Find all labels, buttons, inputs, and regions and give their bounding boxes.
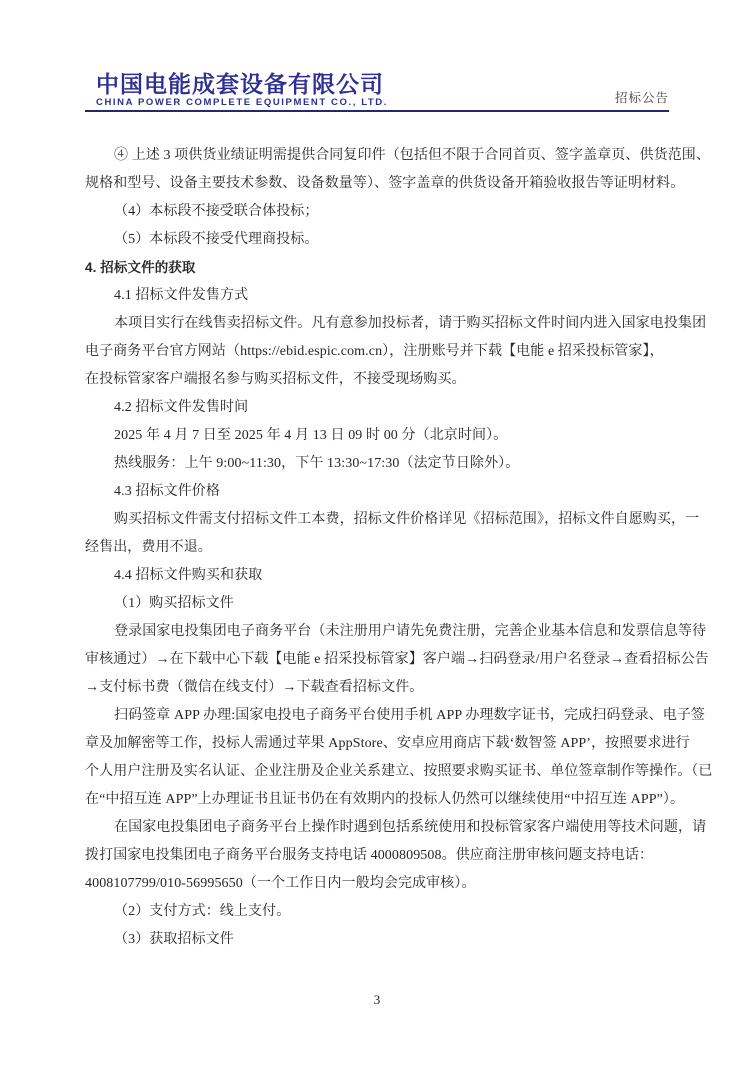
- document-line: 4008107799/010-56995650（一个工作日内一般均会完成审核）。: [85, 870, 675, 898]
- document-line: 2025 年 4 月 7 日至 2025 年 4 月 13 日 09 时 00 …: [85, 422, 675, 450]
- document-line: 在投标管家客户端报名参与购买招标文件，不接受现场购买。: [85, 366, 675, 394]
- document-line: （5）本标段不接受代理商投标。: [85, 226, 675, 254]
- company-name-zh: 中国电能成套设备有限公司: [96, 72, 388, 97]
- document-line: 个人用户注册及实名认证、企业注册及企业关系建立、按照要求购买证书、单位签章制作等…: [85, 758, 675, 786]
- document-line: （1）购买招标文件: [85, 590, 675, 618]
- document-line: 购买招标文件需支付招标文件工本费，招标文件价格详见《招标范围》，招标文件自愿购买…: [85, 506, 675, 534]
- doc-type-label: 招标公告: [615, 88, 669, 106]
- document-line: 4.1 招标文件发售方式: [85, 282, 675, 310]
- document-line: 4. 招标文件的获取: [85, 254, 675, 282]
- document-line: 经售出，费用不退。: [85, 534, 675, 562]
- document-line: →支付标书费（微信在线支付）→下载查看招标文件。: [85, 674, 675, 702]
- company-logo: 中国电能成套设备有限公司 CHINA POWER COMPLETE EQUIPM…: [96, 72, 388, 108]
- page-number: 3: [0, 992, 754, 1008]
- document-line: 在“中招互连 APP”上办理证书且证书仍在有效期内的投标人仍然可以继续使用“中招…: [85, 786, 675, 814]
- document-line: （3）获取招标文件: [85, 926, 675, 954]
- document-line: （2）支付方式：线上支付。: [85, 898, 675, 926]
- document-body: ④ 上述 3 项供货业绩证明需提供合同复印件（包括但不限于合同首页、签字盖章页、…: [85, 142, 675, 954]
- document-line: 登录国家电投集团电子商务平台（未注册用户请先免费注册，完善企业基本信息和发票信息…: [85, 618, 675, 646]
- company-name-en: CHINA POWER COMPLETE EQUIPMENT CO., LTD.: [96, 97, 388, 108]
- document-line: 4.3 招标文件价格: [85, 478, 675, 506]
- document-line: 4.4 招标文件购买和获取: [85, 562, 675, 590]
- document-line: 拨打国家电投集团电子商务平台服务支持电话 4000809508。供应商注册审核问…: [85, 842, 675, 870]
- document-line: 本项目实行在线售卖招标文件。凡有意参加投标者，请于购买招标文件时间内进入国家电投…: [85, 310, 675, 338]
- document-line: 扫码签章 APP 办理:国家电投电子商务平台使用手机 APP 办理数字证书，完成…: [85, 702, 675, 730]
- document-page: 中国电能成套设备有限公司 CHINA POWER COMPLETE EQUIPM…: [0, 0, 754, 1069]
- document-line: ④ 上述 3 项供货业绩证明需提供合同复印件（包括但不限于合同首页、签字盖章页、…: [85, 142, 675, 170]
- document-line: 在国家电投集团电子商务平台上操作时遇到包括系统使用和投标管家客户端使用等技术问题…: [85, 814, 675, 842]
- header-rule: [85, 110, 669, 112]
- document-line: 章及加解密等工作，投标人需通过苹果 AppStore、安卓应用商店下载‘数智签 …: [85, 730, 675, 758]
- document-line: （4）本标段不接受联合体投标；: [85, 198, 675, 226]
- document-line: 规格和型号、设备主要技术参数、设备数量等）、签字盖章的供货设备开箱验收报告等证明…: [85, 170, 675, 198]
- document-line: 4.2 招标文件发售时间: [85, 394, 675, 422]
- document-line: 电子商务平台官方网站（https://ebid.espic.com.cn），注册…: [85, 338, 675, 366]
- document-line: 审核通过）→在下载中心下载【电能 e 招采投标管家】客户端→扫码登录/用户名登录…: [85, 646, 675, 674]
- document-line: 热线服务：上午 9:00~11:30，下午 13:30~17:30（法定节日除外…: [85, 450, 675, 478]
